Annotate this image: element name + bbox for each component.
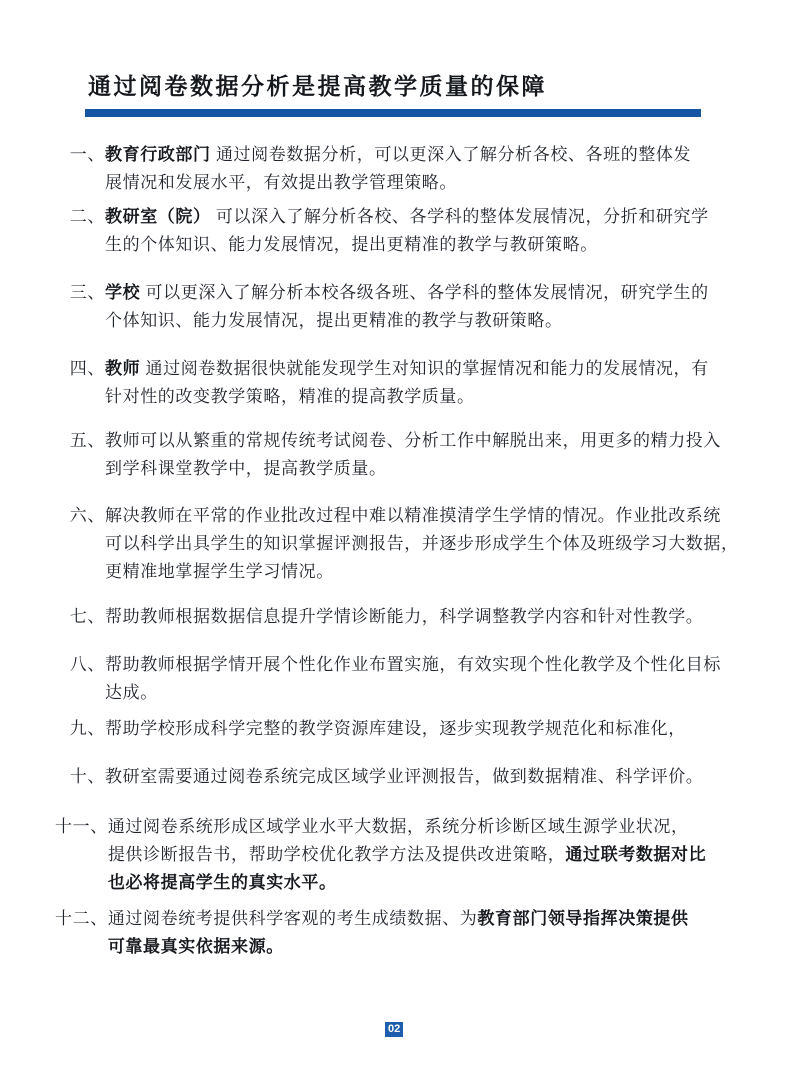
page-number-badge: 02 xyxy=(385,1022,403,1037)
list-item: 十一、通过阅卷系统形成区域学业水平大数据，系统分析诊断区域生源学业状况，提供诊断… xyxy=(55,813,737,897)
text-line: 通过阅卷统考提供科学客观的考生成绩数据、为教育部门领导指挥决策提供 xyxy=(108,905,737,933)
list-item-text: 学校 可以更深入了解分析本校各级各班、各学科的整体发展情况，研究学生的个体知识、… xyxy=(105,279,737,335)
text-line: 解决教师在平常的作业批改过程中难以精准摸清学生学情的情况。作业批改系统 xyxy=(105,502,737,530)
list-item-number: 八、 xyxy=(55,651,105,679)
list-item: 四、教师 通过阅卷数据很快就能发现学生对知识的掌握情况和能力的发展情况，有针对性… xyxy=(55,355,737,411)
list-item-text: 帮助教师根据学情开展个性化作业布置实施，有效实现个性化教学及个性化目标达成。 xyxy=(105,651,737,707)
list-item-number: 十、 xyxy=(55,763,105,791)
list-item: 一、教育行政部门 通过阅卷数据分析，可以更深入了解分析各校、各班的整体发展情况和… xyxy=(55,141,737,197)
list-item-text: 教育行政部门 通过阅卷数据分析，可以更深入了解分析各校、各班的整体发展情况和发展… xyxy=(105,141,737,197)
list-item-text: 教研室（院） 可以深入了解分析各校、各学科的整体发展情况，分折和研究学生的个体知… xyxy=(105,203,737,259)
list-item: 五、教师可以从繁重的常规传统考试阅卷、分析工作中解脱出来，用更多的精力投入到学科… xyxy=(55,427,737,483)
list-item: 六、解决教师在平常的作业批改过程中难以精准摸清学生学情的情况。作业批改系统可以科… xyxy=(55,502,737,586)
title-underline xyxy=(85,109,701,117)
text-line: 生的个体知识、能力发展情况，提出更精准的教学与教研策略。 xyxy=(105,231,737,259)
document-page: 通过阅卷数据分析是提高教学质量的保障 一、教育行政部门 通过阅卷数据分析，可以更… xyxy=(0,0,793,1076)
text-line: 帮助教师根据数据信息提升学情诊断能力，科学调整教学内容和针对性教学。 xyxy=(105,603,737,631)
list-item-number: 十二、 xyxy=(55,905,108,933)
text-line: 学校 可以更深入了解分析本校各级各班、各学科的整体发展情况，研究学生的 xyxy=(105,279,737,307)
text-line: 帮助教师根据学情开展个性化作业布置实施，有效实现个性化教学及个性化目标 xyxy=(105,651,737,679)
list-item: 七、帮助教师根据数据信息提升学情诊断能力，科学调整教学内容和针对性教学。 xyxy=(55,603,737,631)
text-line: 也必将提高学生的真实水平。 xyxy=(108,869,737,897)
list-item-text: 帮助学校形成科学完整的教学资源库建设，逐步实现教学规范化和标准化， xyxy=(105,715,737,743)
text-line: 到学科课堂教学中，提高教学质量。 xyxy=(105,455,737,483)
text-line: 教育行政部门 通过阅卷数据分析，可以更深入了解分析各校、各班的整体发 xyxy=(105,141,737,169)
list-item: 二、教研室（院） 可以深入了解分析各校、各学科的整体发展情况，分折和研究学生的个… xyxy=(55,203,737,259)
list-item-text: 解决教师在平常的作业批改过程中难以精准摸清学生学情的情况。作业批改系统可以科学出… xyxy=(105,502,737,586)
text-line: 个体知识、能力发展情况，提出更精准的教学与教研策略。 xyxy=(105,307,737,335)
text-line: 更精准地掌握学生学习情况。 xyxy=(105,558,737,586)
text-line: 提供诊断报告书，帮助学校优化教学方法及提供改进策略，通过联考数据对比 xyxy=(108,841,737,869)
text-line: 可靠最真实依据来源。 xyxy=(108,933,737,961)
list-item: 八、帮助教师根据学情开展个性化作业布置实施，有效实现个性化教学及个性化目标达成。 xyxy=(55,651,737,707)
list-item-number: 二、 xyxy=(55,203,105,231)
list-item: 十二、通过阅卷统考提供科学客观的考生成绩数据、为教育部门领导指挥决策提供可靠最真… xyxy=(55,905,737,961)
list-item: 九、帮助学校形成科学完整的教学资源库建设，逐步实现教学规范化和标准化， xyxy=(55,715,737,743)
list-item: 十、教研室需要通过阅卷系统完成区域学业评测报告，做到数据精准、科学评价。 xyxy=(55,763,737,791)
text-line: 达成。 xyxy=(105,679,737,707)
text-line: 教师可以从繁重的常规传统考试阅卷、分析工作中解脱出来，用更多的精力投入 xyxy=(105,427,737,455)
list-item-text: 通过阅卷统考提供科学客观的考生成绩数据、为教育部门领导指挥决策提供可靠最真实依据… xyxy=(108,905,737,961)
list-item: 三、学校 可以更深入了解分析本校各级各班、各学科的整体发展情况，研究学生的个体知… xyxy=(55,279,737,335)
text-line: 展情况和发展水平，有效提出教学管理策略。 xyxy=(105,169,737,197)
benefit-list: 一、教育行政部门 通过阅卷数据分析，可以更深入了解分析各校、各班的整体发展情况和… xyxy=(55,141,737,961)
text-line: 教研室需要通过阅卷系统完成区域学业评测报告，做到数据精准、科学评价。 xyxy=(105,763,737,791)
list-item-number: 一、 xyxy=(55,141,105,169)
list-item-number: 六、 xyxy=(55,502,105,530)
text-line: 针对性的改变教学策略，精准的提高教学质量。 xyxy=(105,383,737,411)
list-item-text: 通过阅卷系统形成区域学业水平大数据，系统分析诊断区域生源学业状况，提供诊断报告书… xyxy=(108,813,737,897)
list-item-text: 教师可以从繁重的常规传统考试阅卷、分析工作中解脱出来，用更多的精力投入到学科课堂… xyxy=(105,427,737,483)
list-item-text: 帮助教师根据数据信息提升学情诊断能力，科学调整教学内容和针对性教学。 xyxy=(105,603,737,631)
list-item-number: 十一、 xyxy=(55,813,108,841)
text-line: 教师 通过阅卷数据很快就能发现学生对知识的掌握情况和能力的发展情况，有 xyxy=(105,355,737,383)
list-item-text: 教研室需要通过阅卷系统完成区域学业评测报告，做到数据精准、科学评价。 xyxy=(105,763,737,791)
list-item-number: 五、 xyxy=(55,427,105,455)
text-line: 教研室（院） 可以深入了解分析各校、各学科的整体发展情况，分折和研究学 xyxy=(105,203,737,231)
text-line: 通过阅卷系统形成区域学业水平大数据，系统分析诊断区域生源学业状况， xyxy=(108,813,737,841)
text-line: 帮助学校形成科学完整的教学资源库建设，逐步实现教学规范化和标准化， xyxy=(105,715,737,743)
list-item-number: 九、 xyxy=(55,715,105,743)
list-item-number: 三、 xyxy=(55,279,105,307)
text-line: 可以科学出具学生的知识掌握评测报告，并逐步形成学生个体及班级学习大数据， xyxy=(105,530,737,558)
list-item-number: 四、 xyxy=(55,355,105,383)
list-item-text: 教师 通过阅卷数据很快就能发现学生对知识的掌握情况和能力的发展情况，有针对性的改… xyxy=(105,355,737,411)
page-title: 通过阅卷数据分析是提高教学质量的保障 xyxy=(88,68,547,101)
list-item-number: 七、 xyxy=(55,603,105,631)
